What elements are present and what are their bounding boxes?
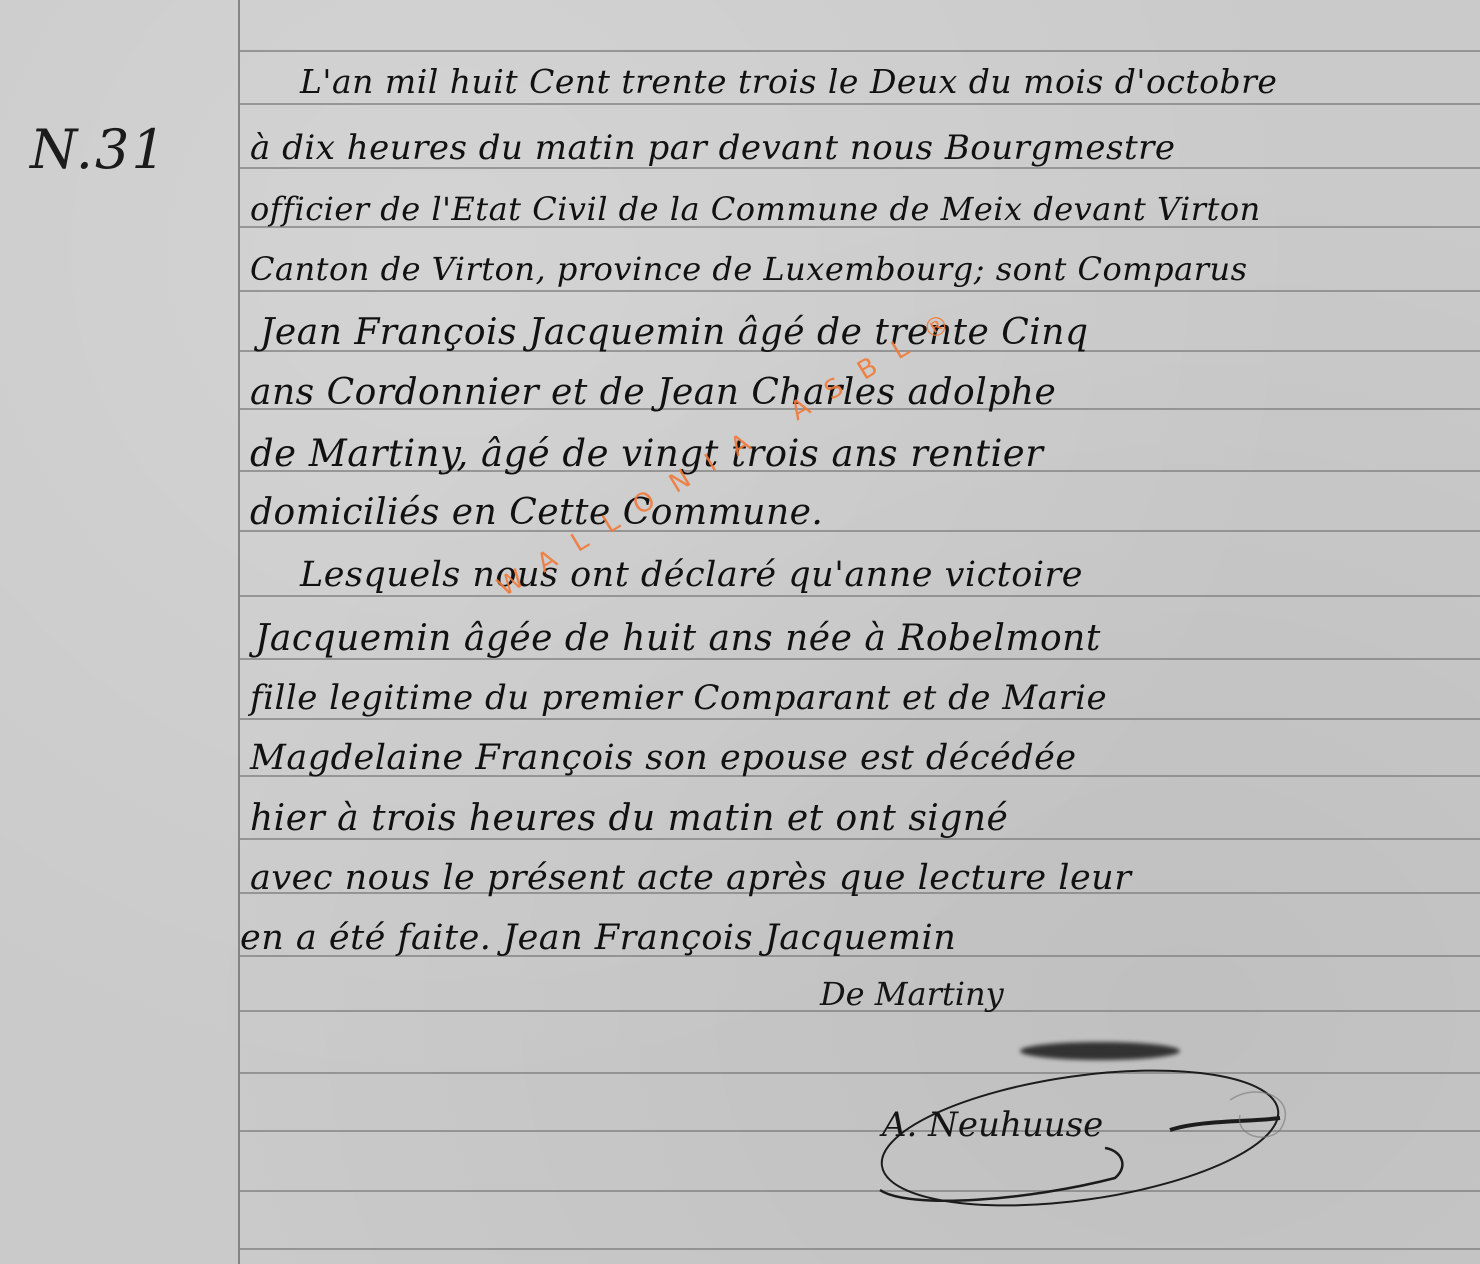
record-line-13: hier à trois heures du matin et ont sign… (250, 798, 1008, 839)
ruled-line (240, 1248, 1480, 1250)
record-line-2: à dix heures du matin par devant nous Bo… (250, 128, 1176, 168)
ruled-line (240, 595, 1480, 597)
record-line-1: L'an mil huit Cent trente trois le Deux … (300, 62, 1277, 101)
record-line-15: en a été faite. Jean François Jacquemin (240, 918, 956, 958)
signature-de-martiny: De Martiny (820, 975, 1004, 1013)
record-line-10: Jacquemin âgée de huit ans née à Robelmo… (255, 618, 1101, 659)
record-line-11: fille legitime du premier Comparant et d… (250, 678, 1107, 718)
margin-rule (238, 0, 240, 1264)
ruled-line (240, 103, 1480, 105)
ruled-line (240, 718, 1480, 720)
record-line-12: Magdelaine François son epouse est décéd… (250, 738, 1077, 778)
record-line-8: domiciliés en Cette Commune. (250, 492, 823, 533)
bleed-through-text (18, 300, 32, 336)
ruled-line (240, 50, 1480, 52)
record-line-4: Canton de Virton, province de Luxembourg… (250, 250, 1248, 288)
register-page: N.31 L'an mil huit Cent trente trois le … (0, 0, 1480, 1264)
record-line-3: officier de l'Etat Civil de la Commune d… (250, 190, 1261, 228)
ruled-line (240, 290, 1480, 292)
ink-blot (1020, 1042, 1180, 1060)
record-line-7: de Martiny, âgé de vingt trois ans renti… (250, 432, 1043, 475)
record-line-9: Lesquels nous ont déclaré qu'anne victoi… (300, 555, 1083, 595)
official-signature: A. Neuhuuse (882, 1105, 1103, 1145)
record-line-6: ans Cordonnier et de Jean Charles adolph… (250, 372, 1056, 413)
record-line-14: avec nous le présent acte après que lect… (250, 858, 1131, 898)
entry-number: N.31 (30, 118, 168, 181)
